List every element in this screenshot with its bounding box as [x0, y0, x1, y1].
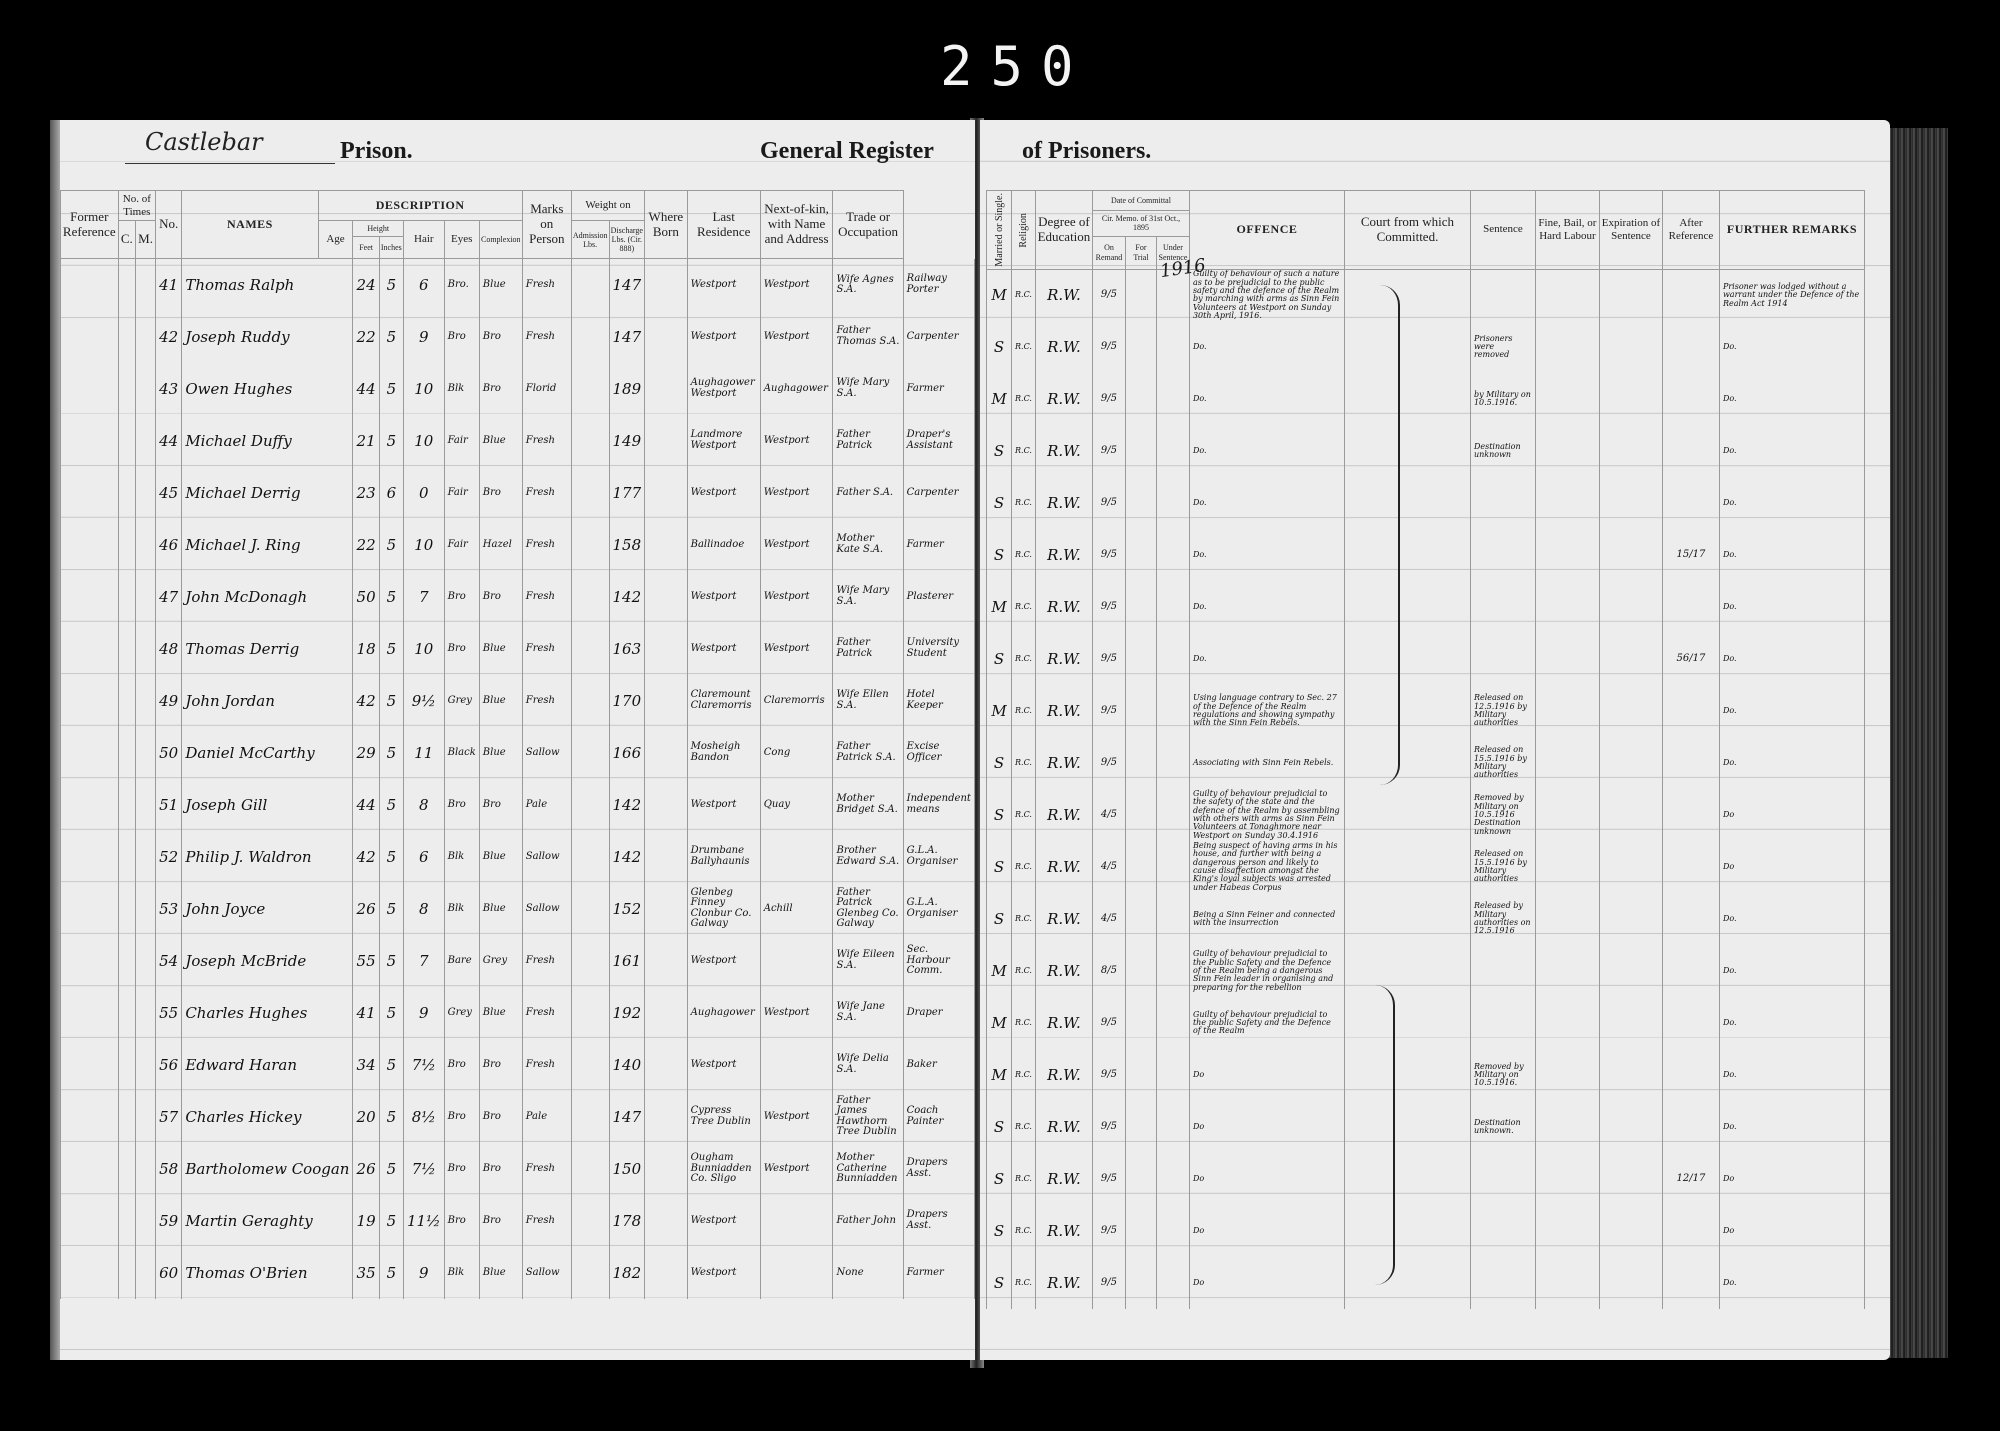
married-single-cell: M	[987, 373, 1012, 425]
for-trial-cell	[1125, 1153, 1156, 1205]
prisoner-row-continued: SR.C.R.W.9/5Do.15/17Do.	[987, 529, 1865, 581]
height-feet-cell: 5	[379, 727, 403, 779]
prisoner-row: 58Bartholomew Coogan2657½BroBroFresh150O…	[61, 1143, 975, 1195]
education-cell: R.W.	[1035, 1257, 1092, 1309]
last-residence-cell: Westport	[760, 1091, 833, 1143]
trade-cell: Railway Porter	[903, 259, 974, 311]
for-trial-cell	[1125, 269, 1156, 321]
times-c-cell	[118, 259, 135, 311]
prisoner-number: 47	[156, 571, 182, 623]
weight-discharge-cell	[645, 623, 687, 675]
height-inches-cell: 10	[403, 623, 444, 675]
further-remarks-cell: Do.	[1719, 373, 1864, 425]
header-description: DESCRIPTION	[318, 191, 522, 221]
weight-discharge-cell	[645, 311, 687, 363]
prisoner-row-continued: MR.C.R.W.9/5Guilty of behaviour of such …	[987, 269, 1865, 321]
last-residence-cell: Aughagower	[760, 363, 833, 415]
after-reference-cell	[1662, 737, 1719, 789]
eyes-cell: Bro	[479, 1039, 522, 1091]
sentence-cell	[1470, 633, 1535, 685]
register-title-continued: of Prisoners.	[1022, 138, 1151, 165]
times-m-cell	[136, 1247, 156, 1299]
married-single-cell: S	[987, 893, 1012, 945]
hair-cell: Fair	[444, 467, 479, 519]
sentence-cell: Released on 15.5.1916 by Military author…	[1470, 841, 1535, 893]
education-cell: R.W.	[1035, 529, 1092, 581]
former-reference-cell	[61, 1091, 119, 1143]
eyes-cell: Blue	[479, 1247, 522, 1299]
weight-admission-cell: 182	[609, 1247, 645, 1299]
prisoner-name: Thomas Ralph	[182, 259, 353, 311]
fine-cell	[1535, 997, 1599, 1049]
on-remand-cell: 4/5	[1092, 841, 1125, 893]
complexion-cell: Sallow	[522, 1247, 571, 1299]
for-trial-cell	[1125, 373, 1156, 425]
next-of-kin-cell: Wife Jane S.A.	[833, 987, 903, 1039]
religion-cell: R.C.	[1012, 1205, 1036, 1257]
court-cell	[1344, 1049, 1470, 1101]
former-reference-cell	[61, 727, 119, 779]
expiration-cell	[1599, 945, 1662, 997]
last-residence-cell: Westport	[760, 623, 833, 675]
times-c-cell	[118, 883, 135, 935]
complexion-cell: Fresh	[522, 467, 571, 519]
married-single-cell: S	[987, 529, 1012, 581]
fine-cell	[1535, 633, 1599, 685]
further-remarks-cell: Do.	[1719, 1049, 1864, 1101]
expiration-cell	[1599, 737, 1662, 789]
marks-cell	[571, 1247, 609, 1299]
for-trial-cell	[1125, 1257, 1156, 1309]
under-sentence-cell	[1156, 893, 1189, 945]
times-c-cell	[118, 519, 135, 571]
header-weight-on: Weight on	[571, 191, 644, 221]
court-cell	[1344, 841, 1470, 893]
next-of-kin-cell: Mother Catherine Bunniadden	[833, 1143, 903, 1195]
next-of-kin-cell: Father Patrick	[833, 415, 903, 467]
for-trial-cell	[1125, 841, 1156, 893]
prisoner-number: 59	[156, 1195, 182, 1247]
complexion-cell: Sallow	[522, 831, 571, 883]
eyes-cell: Blue	[479, 883, 522, 935]
eyes-cell: Bro	[479, 363, 522, 415]
education-cell: R.W.	[1035, 477, 1092, 529]
prisoner-row: 43Owen Hughes44510BlkBroFlorid189Aughago…	[61, 363, 975, 415]
sentence-cell: Destination unknown.	[1470, 1101, 1535, 1153]
weight-admission-cell: 152	[609, 883, 645, 935]
prisoner-number: 52	[156, 831, 182, 883]
age-cell: 44	[353, 363, 379, 415]
fine-cell	[1535, 1049, 1599, 1101]
education-cell: R.W.	[1035, 1153, 1092, 1205]
for-trial-cell	[1125, 529, 1156, 581]
trade-cell: Draper's Assistant	[903, 415, 974, 467]
offence-cell: Do.	[1189, 633, 1344, 685]
age-cell: 19	[353, 1195, 379, 1247]
header-age: Age	[318, 221, 353, 259]
prisoner-name: Philip J. Waldron	[182, 831, 353, 883]
where-born-cell: Westport	[687, 311, 760, 363]
education-cell: R.W.	[1035, 789, 1092, 841]
religion-cell: R.C.	[1012, 321, 1036, 373]
fine-cell	[1535, 1205, 1599, 1257]
times-m-cell	[136, 519, 156, 571]
prisoner-number: 54	[156, 935, 182, 987]
prisoner-name: Thomas O'Brien	[182, 1247, 353, 1299]
height-feet-cell: 5	[379, 1143, 403, 1195]
header-court: Court from which Committed.	[1344, 191, 1470, 270]
married-single-cell: S	[987, 425, 1012, 477]
times-m-cell	[136, 467, 156, 519]
on-remand-cell: 9/5	[1092, 737, 1125, 789]
hair-cell: Blk	[444, 1247, 479, 1299]
prisoner-row: 45Michael Derrig2360FairBroFresh177Westp…	[61, 467, 975, 519]
height-feet-cell: 6	[379, 467, 403, 519]
trade-cell: Farmer	[903, 363, 974, 415]
education-cell: R.W.	[1035, 685, 1092, 737]
prisoner-name: John McDonagh	[182, 571, 353, 623]
prisoner-number: 60	[156, 1247, 182, 1299]
weight-discharge-cell	[645, 467, 687, 519]
sentence-cell: Destination unknown	[1470, 425, 1535, 477]
next-of-kin-cell: Wife Eileen S.A.	[833, 935, 903, 987]
after-reference-cell	[1662, 373, 1719, 425]
hair-cell: Bro	[444, 571, 479, 623]
education-cell: R.W.	[1035, 1049, 1092, 1101]
prisoner-row-continued: MR.C.R.W.8/5Guilty of behaviour prejudic…	[987, 945, 1865, 997]
sentence-cell: Removed by Military on 10.5.1916.	[1470, 1049, 1535, 1101]
times-m-cell	[136, 1195, 156, 1247]
eyes-cell: Blue	[479, 259, 522, 311]
court-cell	[1344, 477, 1470, 529]
weight-admission-cell: 158	[609, 519, 645, 571]
last-residence-cell: Westport	[760, 311, 833, 363]
expiration-cell	[1599, 1101, 1662, 1153]
religion-cell: R.C.	[1012, 1049, 1036, 1101]
prisoner-name: Joseph McBride	[182, 935, 353, 987]
header-on-remand: On Remand	[1092, 236, 1125, 269]
hair-cell: Bro	[444, 1143, 479, 1195]
complexion-cell: Sallow	[522, 883, 571, 935]
fine-cell	[1535, 789, 1599, 841]
prisoner-number: 45	[156, 467, 182, 519]
for-trial-cell	[1125, 477, 1156, 529]
further-remarks-cell: Do.	[1719, 685, 1864, 737]
former-reference-cell	[61, 1195, 119, 1247]
header-names: NAMES	[182, 191, 318, 259]
fine-cell	[1535, 529, 1599, 581]
prisoner-number: 53	[156, 883, 182, 935]
on-remand-cell: 9/5	[1092, 685, 1125, 737]
after-reference-cell: 56/17	[1662, 633, 1719, 685]
court-cell	[1344, 737, 1470, 789]
where-born-cell: Westport	[687, 935, 760, 987]
marks-cell	[571, 1039, 609, 1091]
weight-admission-cell: 178	[609, 1195, 645, 1247]
complexion-cell: Fresh	[522, 623, 571, 675]
weight-discharge-cell	[645, 675, 687, 727]
expiration-cell	[1599, 1205, 1662, 1257]
where-born-cell: Landmore Westport	[687, 415, 760, 467]
court-cell	[1344, 373, 1470, 425]
after-reference-cell	[1662, 945, 1719, 997]
eyes-cell: Bro	[479, 1195, 522, 1247]
prisoner-number: 55	[156, 987, 182, 1039]
marks-cell	[571, 883, 609, 935]
weight-discharge-cell	[645, 519, 687, 571]
height-inches-cell: 7½	[403, 1143, 444, 1195]
under-sentence-cell	[1156, 789, 1189, 841]
eyes-cell: Bro	[479, 571, 522, 623]
prisoner-name: Charles Hughes	[182, 987, 353, 1039]
expiration-cell	[1599, 321, 1662, 373]
on-remand-cell: 9/5	[1092, 1101, 1125, 1153]
education-cell: R.W.	[1035, 321, 1092, 373]
for-trial-cell	[1125, 321, 1156, 373]
times-c-cell	[118, 311, 135, 363]
fine-cell	[1535, 893, 1599, 945]
further-remarks-cell: Prisoner was lodged without a warrant un…	[1719, 269, 1864, 321]
left-page: Castlebar Prison. General Register Forme…	[50, 120, 975, 1360]
height-feet-cell: 5	[379, 363, 403, 415]
prisoner-row-continued: SR.C.R.W.4/5Being suspect of having arms…	[987, 841, 1865, 893]
on-remand-cell: 9/5	[1092, 1153, 1125, 1205]
weight-admission-cell: 147	[609, 311, 645, 363]
times-m-cell	[136, 779, 156, 831]
offence-cell: Do.	[1189, 477, 1344, 529]
trade-cell: Draper	[903, 987, 974, 1039]
sentence-cell	[1470, 269, 1535, 321]
under-sentence-cell	[1156, 425, 1189, 477]
former-reference-cell	[61, 675, 119, 727]
eyes-cell: Blue	[479, 675, 522, 727]
age-cell: 44	[353, 779, 379, 831]
hair-cell: Grey	[444, 675, 479, 727]
next-of-kin-cell: None	[833, 1247, 903, 1299]
sentence-cell	[1470, 1257, 1535, 1309]
header-date-of-committal: Date of Committal	[1092, 191, 1189, 211]
height-inches-cell: 6	[403, 259, 444, 311]
marks-cell	[571, 727, 609, 779]
religion-cell: R.C.	[1012, 737, 1036, 789]
header-discharge: Discharge Lbs. (Cir. 888)	[609, 221, 645, 259]
prisoner-row-continued: SR.C.R.W.9/5DoDo	[987, 1205, 1865, 1257]
married-single-cell: S	[987, 1205, 1012, 1257]
marks-cell	[571, 571, 609, 623]
eyes-cell: Grey	[479, 935, 522, 987]
fine-cell	[1535, 581, 1599, 633]
prisoner-name: Thomas Derrig	[182, 623, 353, 675]
height-feet-cell: 5	[379, 1247, 403, 1299]
under-sentence-cell	[1156, 1153, 1189, 1205]
weight-admission-cell: 192	[609, 987, 645, 1039]
times-c-cell	[118, 415, 135, 467]
after-reference-cell	[1662, 841, 1719, 893]
prisoner-number: 41	[156, 259, 182, 311]
times-c-cell	[118, 1143, 135, 1195]
times-m-cell	[136, 623, 156, 675]
sentence-cell	[1470, 945, 1535, 997]
under-sentence-cell	[1156, 737, 1189, 789]
prisoner-row: 55Charles Hughes4159GreyBlueFresh192Augh…	[61, 987, 975, 1039]
prisoner-number: 48	[156, 623, 182, 675]
fine-cell	[1535, 269, 1599, 321]
age-cell: 35	[353, 1247, 379, 1299]
after-reference-cell	[1662, 425, 1719, 477]
prisoner-row: 57Charles Hickey2058½BroBroPale147Cypres…	[61, 1091, 975, 1143]
prisoner-row: 59Martin Geraghty19511½BroBroFresh178Wes…	[61, 1195, 975, 1247]
where-born-cell: Glenbeg Finney Clonbur Co. Galway	[687, 883, 760, 935]
header-expiration: Expiration of Sentence	[1599, 191, 1662, 270]
marks-cell	[571, 623, 609, 675]
next-of-kin-cell: Father James Hawthorn Tree Dublin	[833, 1091, 903, 1143]
height-feet-cell: 5	[379, 935, 403, 987]
expiration-cell	[1599, 893, 1662, 945]
height-inches-cell: 10	[403, 363, 444, 415]
complexion-cell: Fresh	[522, 675, 571, 727]
further-remarks-cell: Do.	[1719, 633, 1864, 685]
times-m-cell	[136, 883, 156, 935]
weight-discharge-cell	[645, 1091, 687, 1143]
former-reference-cell	[61, 467, 119, 519]
marks-cell	[571, 415, 609, 467]
married-single-cell: M	[987, 269, 1012, 321]
times-c-cell	[118, 1091, 135, 1143]
height-inches-cell: 8	[403, 779, 444, 831]
on-remand-cell: 9/5	[1092, 581, 1125, 633]
prisoner-name: Joseph Ruddy	[182, 311, 353, 363]
prisoner-row-continued: SR.C.R.W.9/5DoDestination unknown.Do.	[987, 1101, 1865, 1153]
height-inches-cell: 7½	[403, 1039, 444, 1091]
header-religion: Religion	[1012, 191, 1036, 270]
times-c-cell	[118, 935, 135, 987]
complexion-cell: Pale	[522, 1091, 571, 1143]
religion-cell: R.C.	[1012, 841, 1036, 893]
marks-cell	[571, 311, 609, 363]
age-cell: 22	[353, 519, 379, 571]
times-m-cell	[136, 259, 156, 311]
times-m-cell	[136, 935, 156, 987]
prisoner-name: Bartholomew Coogan	[182, 1143, 353, 1195]
married-single-cell: S	[987, 321, 1012, 373]
weight-discharge-cell	[645, 987, 687, 1039]
weight-discharge-cell	[645, 1247, 687, 1299]
times-c-cell	[118, 467, 135, 519]
on-remand-cell: 9/5	[1092, 321, 1125, 373]
marks-cell	[571, 467, 609, 519]
times-c-cell	[118, 675, 135, 727]
hair-cell: Bro	[444, 779, 479, 831]
hair-cell: Black	[444, 727, 479, 779]
header-next-of-kin: Next-of-kin, with Name and Address	[760, 191, 833, 259]
height-inches-cell: 9	[403, 311, 444, 363]
times-m-cell	[136, 311, 156, 363]
on-remand-cell: 9/5	[1092, 1049, 1125, 1101]
after-reference-cell	[1662, 477, 1719, 529]
weight-discharge-cell	[645, 1195, 687, 1247]
sentence-cell: Released on 12.5.1916 by Military author…	[1470, 685, 1535, 737]
next-of-kin-cell: Wife Delia S.A.	[833, 1039, 903, 1091]
times-m-cell	[136, 415, 156, 467]
where-born-cell: Mosheigh Bandon	[687, 727, 760, 779]
weight-discharge-cell	[645, 727, 687, 779]
married-single-cell: S	[987, 477, 1012, 529]
prisoner-name: Edward Haran	[182, 1039, 353, 1091]
where-born-cell: Westport	[687, 259, 760, 311]
where-born-cell: Aughagower	[687, 987, 760, 1039]
former-reference-cell	[61, 311, 119, 363]
prisoner-row: 52Philip J. Waldron4256BlkBlueSallow142D…	[61, 831, 975, 883]
age-cell: 22	[353, 311, 379, 363]
expiration-cell	[1599, 425, 1662, 477]
weight-discharge-cell	[645, 831, 687, 883]
sentence-cell: Prisoners were removed	[1470, 321, 1535, 373]
age-cell: 55	[353, 935, 379, 987]
offence-cell: Do.	[1189, 425, 1344, 477]
complexion-cell: Fresh	[522, 571, 571, 623]
further-remarks-cell: Do.	[1719, 945, 1864, 997]
trade-cell: University Student	[903, 623, 974, 675]
height-inches-cell: 8½	[403, 1091, 444, 1143]
for-trial-cell	[1125, 945, 1156, 997]
times-c-cell	[118, 727, 135, 779]
education-cell: R.W.	[1035, 269, 1092, 321]
under-sentence-cell	[1156, 685, 1189, 737]
under-sentence-cell	[1156, 581, 1189, 633]
court-cell	[1344, 633, 1470, 685]
marks-cell	[571, 779, 609, 831]
header-fine: Fine, Bail, or Hard Labour	[1535, 191, 1599, 270]
height-feet-cell: 5	[379, 415, 403, 467]
complexion-cell: Fresh	[522, 311, 571, 363]
expiration-cell	[1599, 269, 1662, 321]
header-c: C.	[118, 221, 135, 259]
prison-label: Prison.	[340, 138, 413, 165]
last-residence-cell: Westport	[760, 259, 833, 311]
trade-cell: Baker	[903, 1039, 974, 1091]
times-c-cell	[118, 623, 135, 675]
hair-cell: Bro	[444, 311, 479, 363]
weight-admission-cell: 163	[609, 623, 645, 675]
height-inches-cell: 11½	[403, 1195, 444, 1247]
former-reference-cell	[61, 363, 119, 415]
height-feet-cell: 5	[379, 623, 403, 675]
prisoner-row-continued: SR.C.R.W.9/5Associating with Sinn Fein R…	[987, 737, 1865, 789]
sentence-cell	[1470, 581, 1535, 633]
after-reference-cell	[1662, 581, 1719, 633]
on-remand-cell: 9/5	[1092, 477, 1125, 529]
times-m-cell	[136, 675, 156, 727]
weight-discharge-cell	[645, 363, 687, 415]
court-cell	[1344, 997, 1470, 1049]
complexion-cell: Fresh	[522, 935, 571, 987]
header-feet: Feet	[353, 237, 379, 259]
offence-cell: Do.	[1189, 581, 1344, 633]
eyes-cell: Bro	[479, 311, 522, 363]
weight-discharge-cell	[645, 259, 687, 311]
weight-admission-cell: 142	[609, 779, 645, 831]
header-education: Degree of Education	[1035, 191, 1092, 270]
under-sentence-cell	[1156, 477, 1189, 529]
former-reference-cell	[61, 935, 119, 987]
further-remarks-cell: Do.	[1719, 425, 1864, 477]
offence-cell: Do.	[1189, 321, 1344, 373]
for-trial-cell	[1125, 1049, 1156, 1101]
married-single-cell: S	[987, 737, 1012, 789]
sentence-cell	[1470, 529, 1535, 581]
court-cell	[1344, 1257, 1470, 1309]
on-remand-cell: 9/5	[1092, 633, 1125, 685]
